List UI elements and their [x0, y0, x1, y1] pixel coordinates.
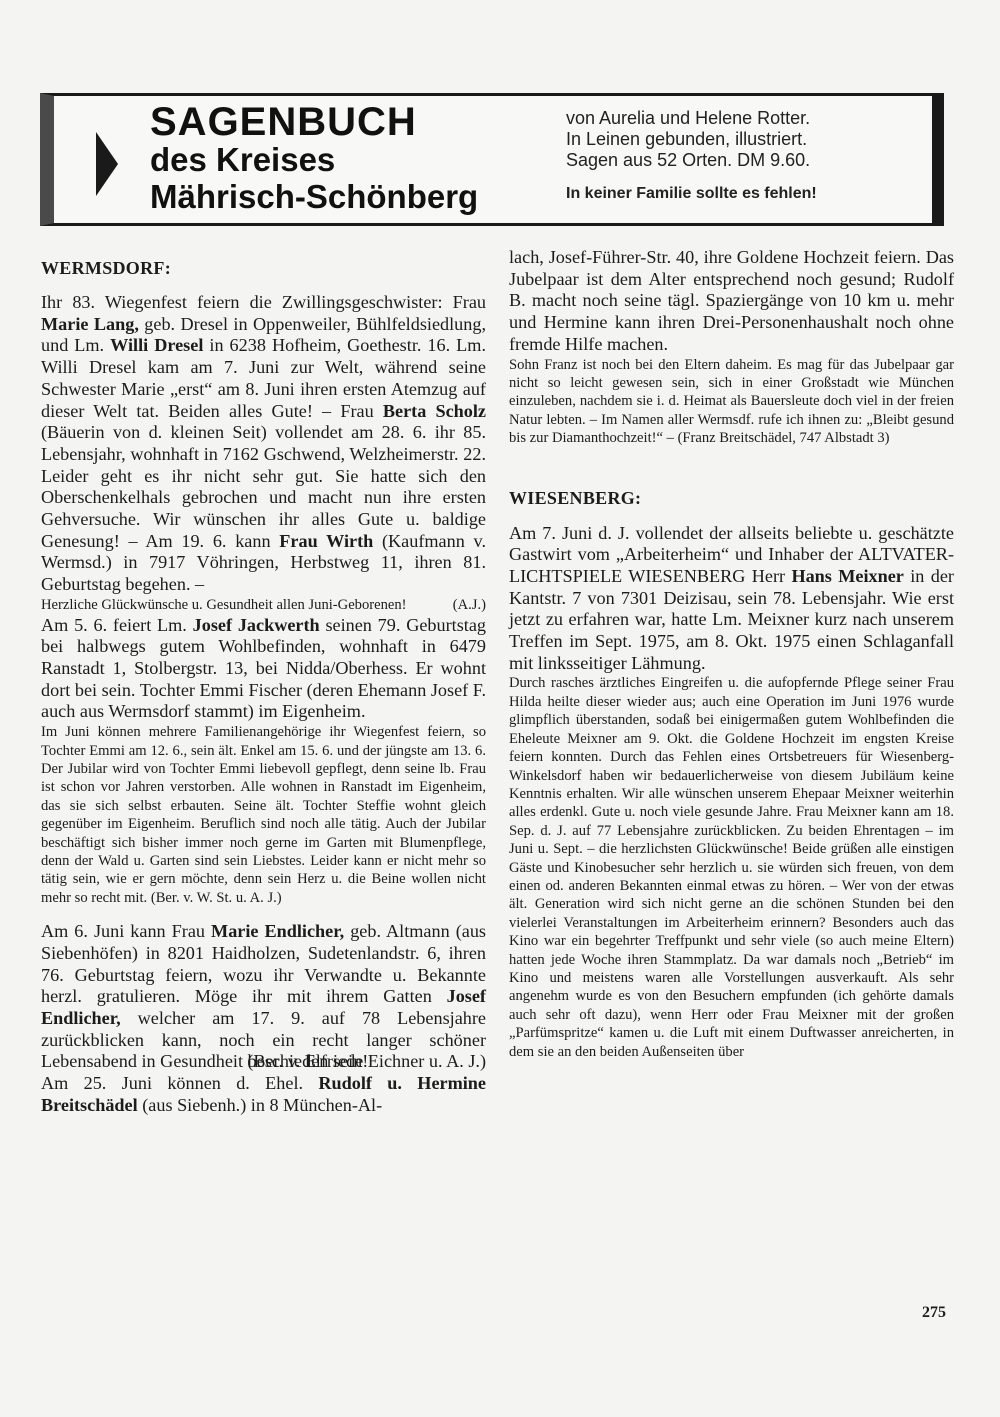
advert-title-line-2: des Kreises	[150, 142, 478, 178]
text: Am 5. 6. feiert Lm.	[41, 615, 193, 635]
text: Am 25. Juni können d. Ehel.	[41, 1073, 318, 1093]
advert-title-line-3: Mährisch-Schönberg	[150, 178, 478, 216]
person-name: Frau Wirth	[279, 531, 373, 551]
text: Am 6. Juni kann Frau	[41, 921, 211, 941]
article-paragraph: Ihr 83. Wiegenfest feiern die Zwillingsg…	[41, 292, 486, 596]
article-paragraph: Im Juni können mehrere Familienangehörig…	[41, 723, 486, 907]
article-paragraph: Am 25. Juni können d. Ehel. Rudolf u. He…	[41, 1073, 486, 1116]
advert-title-line-1: SAGENBUCH	[150, 102, 478, 142]
left-column: WERMSDORF: Ihr 83. Wiegenfest feiern die…	[41, 250, 486, 1116]
article-paragraph: Am 7. Juni d. J. vollendet der allseits …	[509, 523, 954, 675]
advert-info-price: Sagen aus 52 Orten. DM 9.60.	[566, 150, 817, 171]
person-name: Hans Meixner	[791, 566, 903, 586]
advert-title: SAGENBUCH des Kreises Mährisch-Schönberg	[150, 102, 478, 216]
advert-info: von Aurelia und Helene Rotter. In Leinen…	[566, 108, 817, 204]
person-name: Marie Lang,	[41, 314, 139, 334]
page-number: 275	[922, 1304, 946, 1322]
person-name: Berta Scholz	[383, 401, 486, 421]
advert-info-authors: von Aurelia und Helene Rotter.	[566, 108, 817, 129]
article-paragraph: Am 6. Juni kann Frau Marie Endlicher, ge…	[41, 921, 486, 1073]
text: Herzliche Glückwünsche u. Gesundheit all…	[41, 597, 407, 613]
person-name: Marie Endlicher,	[211, 921, 344, 941]
article-paragraph: Sohn Franz ist noch bei den Eltern dahei…	[509, 356, 954, 448]
article-paragraph: Herzliche Glückwünsche u. Gesundheit all…	[41, 596, 486, 615]
person-name: Josef Jackwerth	[193, 615, 320, 635]
section-heading-wiesenberg: WIESENBERG:	[509, 488, 954, 509]
article-paragraph: lach, Josef-Führer-Str. 40, ihre Goldene…	[509, 247, 954, 356]
text: Ihr 83. Wiegenfest feiern die Zwillingsg…	[41, 292, 486, 312]
section-heading-wermsdorf: WERMSDORF:	[41, 258, 486, 279]
right-column: lach, Josef-Führer-Str. 40, ihre Goldene…	[509, 250, 954, 1061]
advertisement-box: SAGENBUCH des Kreises Mährisch-Schönberg…	[40, 93, 944, 226]
text: (aus Siebenh.) in 8 München-Al-	[138, 1095, 382, 1115]
advert-info-binding: In Leinen gebunden, illustriert.	[566, 129, 817, 150]
article-paragraph: Durch rasches ärztliches Eingreifen u. d…	[509, 674, 954, 1061]
triangle-arrow-icon	[96, 132, 118, 196]
person-name: Willi Dresel	[110, 335, 203, 355]
advert-slogan: In keiner Familie sollte es fehlen!	[566, 183, 817, 204]
article-paragraph: Am 5. 6. feiert Lm. Josef Jackwerth sein…	[41, 615, 486, 724]
